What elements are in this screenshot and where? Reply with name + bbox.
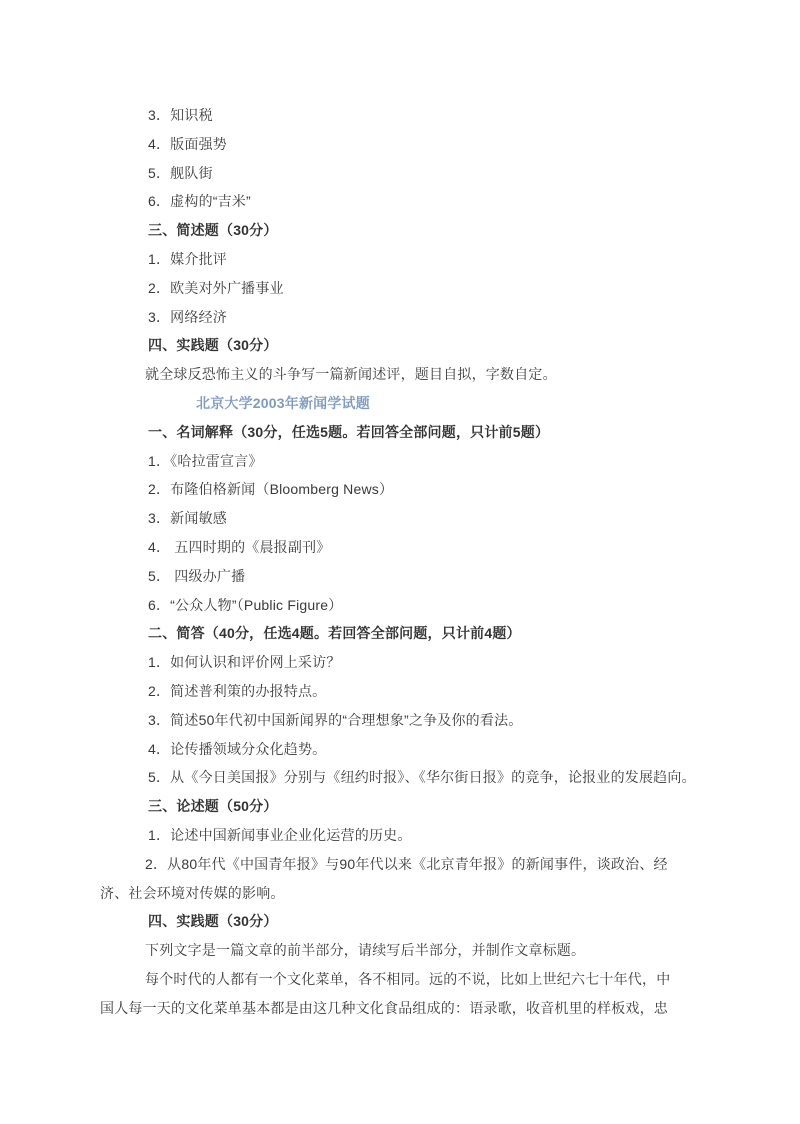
paragraph-line: 每个时代的人都有一个文化菜单，各不相同。远的不说，比如上世纪六七十年代，中 <box>100 965 720 994</box>
exam-title: 北京大学2003年新闻学试题 <box>100 389 720 418</box>
section-heading: 一、名词解释（30分，任选5题。若回答全部问题，只计前5题） <box>100 418 720 447</box>
section-heading: 四、实践题（30分） <box>100 907 720 936</box>
question-item: 3．新闻敏感 <box>100 504 720 533</box>
section-heading: 三、论述题（50分） <box>100 792 720 821</box>
paragraph-line: 济、社会环境对传媒的影响。 <box>100 879 720 908</box>
question-item: 3．知识税 <box>100 101 720 130</box>
question-item: 2．布隆伯格新闻（Bloomberg News） <box>100 475 720 504</box>
question-item: 6．“公众人物”（Public Figure） <box>100 591 720 620</box>
question-item: 5．舰队街 <box>100 159 720 188</box>
paragraph-line: 下列文字是一篇文章的前半部分，请续写后半部分，并制作文章标题。 <box>100 936 720 965</box>
paragraph-line: 就全球反恐怖主义的斗争写一篇新闻述评，题目自拟，字数自定。 <box>100 360 720 389</box>
paragraph-line: 国人每一天的文化菜单基本都是由这几种文化食品组成的：语录歌，收音机里的样板戏，忠 <box>100 994 720 1023</box>
document-page: 3．知识税 4．版面强势 5．舰队街 6．虚构的“吉米” 三、简述题（30分） … <box>100 101 720 1023</box>
question-item: 2．欧美对外广播事业 <box>100 274 720 303</box>
question-item: 1．媒介批评 <box>100 245 720 274</box>
question-item: 1．如何认识和评价网上采访？ <box>100 648 720 677</box>
question-item: 1．论述中国新闻事业企业化运营的历史。 <box>100 821 720 850</box>
question-item: 6．虚构的“吉米” <box>100 187 720 216</box>
question-item: 3．简述50年代初中国新闻界的“合理想象”之争及你的看法。 <box>100 706 720 735</box>
question-item: 5．从《今日美国报》分别与《纽约时报》、《华尔街日报》的竞争，论报业的发展趋向。 <box>100 763 720 792</box>
question-item: 2．简述普利策的办报特点。 <box>100 677 720 706</box>
question-item: 4．版面强势 <box>100 130 720 159</box>
section-heading: 二、简答（40分，任选4题。若回答全部问题，只计前4题） <box>100 619 720 648</box>
section-heading: 四、实践题（30分） <box>100 331 720 360</box>
paragraph-line: 2．从80年代《中国青年报》与90年代以来《北京青年报》的新闻事件，谈政治、经 <box>100 850 720 879</box>
question-item: 5． 四级办广播 <box>100 562 720 591</box>
question-item: 3．网络经济 <box>100 303 720 332</box>
question-item: 4． 五四时期的《晨报副刊》 <box>100 533 720 562</box>
question-item: 1．《哈拉雷宣言》 <box>100 447 720 476</box>
section-heading: 三、简述题（30分） <box>100 216 720 245</box>
question-item: 4．论传播领域分众化趋势。 <box>100 735 720 764</box>
